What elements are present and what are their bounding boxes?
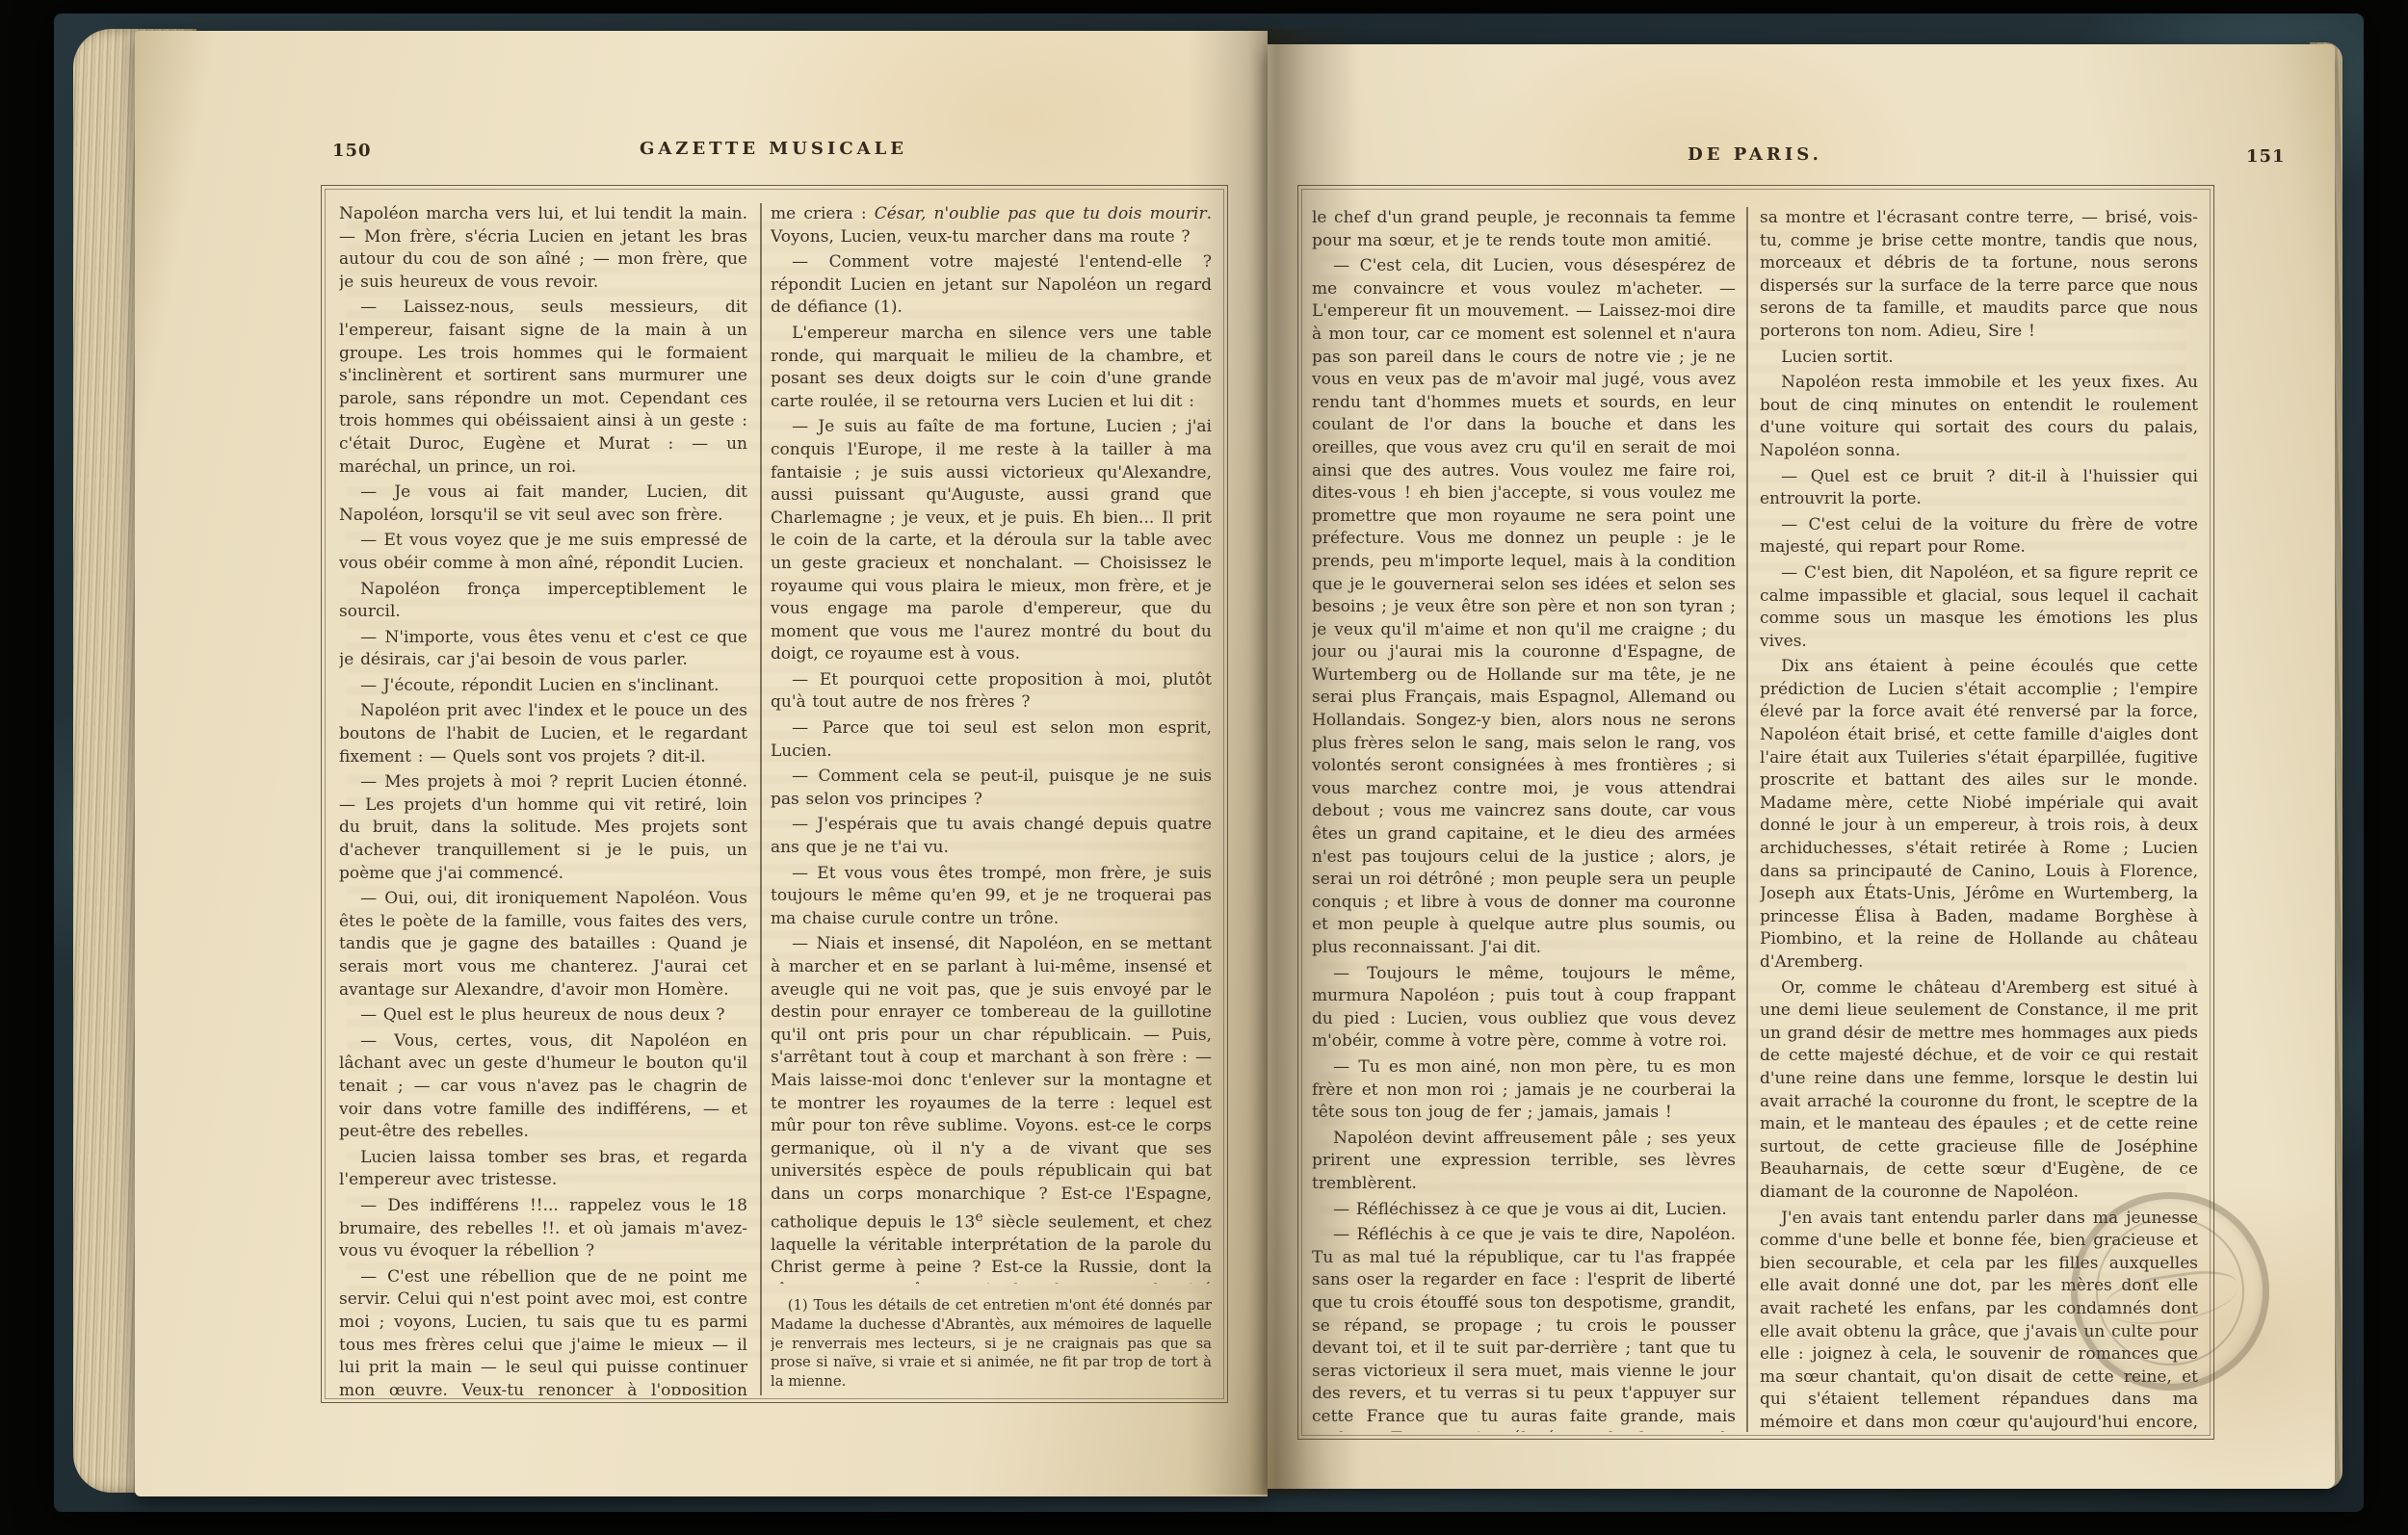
paragraph: Napoléon devint affreusement pâle ; ses … <box>1312 1128 1736 1196</box>
paragraph: — Réfléchissez à ce que je vous ai dit, … <box>1312 1199 1736 1222</box>
paragraph: — C'est cela, dit Lucien, vous désespére… <box>1312 255 1736 959</box>
column-divider-left <box>760 203 762 1395</box>
paragraph: — Je suis au faîte de ma fortune, Lucien… <box>771 416 1212 666</box>
paragraph: — Et vous vous êtes trompé, mon frère, j… <box>771 863 1212 931</box>
paragraph: J'en avais tant entendu parler dans ma j… <box>1760 1208 2198 1432</box>
paragraph: — Comment cela se peut-il, puisque je ne… <box>771 766 1212 811</box>
paragraph: — Quel est ce bruit ? dit-il à l'huissie… <box>1760 466 2198 511</box>
paragraph: — C'est bien, dit Napoléon, et sa figure… <box>1760 562 2198 653</box>
running-title-right: DE PARIS. <box>1297 144 2212 165</box>
paragraph: Napoléon prit avec l'index et le pouce u… <box>339 700 747 768</box>
paragraph: — Laissez-nous, seuls messieurs, dit l'e… <box>339 297 747 479</box>
paragraph: — Je vous ai fait mander, Lucien, dit Na… <box>339 481 747 527</box>
column-left-2: me criera : César, n'oublie pas que tu d… <box>771 203 1212 1284</box>
paragraph: — Parce que toi seul est selon mon espri… <box>771 717 1212 763</box>
paragraph: — C'est une rébellion que de ne point me… <box>339 1266 747 1395</box>
column-divider-right <box>1746 207 1748 1432</box>
paragraph: Napoléon marcha vers lui, et lui tendit … <box>339 203 747 294</box>
paragraph: — Tu es mon ainé, non mon père, tu es mo… <box>1312 1056 1736 1125</box>
footnote: (1) Tous les détails de cet entretien m'… <box>771 1296 1212 1392</box>
paragraph: me criera : César, n'oublie pas que tu d… <box>771 203 1212 248</box>
book-scan-scene: 150 GAZETTE MUSICALE Napoléon marcha ver… <box>0 0 2408 1535</box>
paragraph: Lucien sortit. <box>1760 347 2198 370</box>
column-left-1: Napoléon marcha vers lui, et lui tendit … <box>339 203 747 1395</box>
paragraph: Or, comme le château d'Aremberg est situ… <box>1760 977 2198 1205</box>
page-number-right: 151 <box>2246 146 2286 167</box>
paragraph: Napoléon fronça imperceptiblement le sou… <box>339 579 747 624</box>
paragraph: Lucien laissa tomber ses bras, et regard… <box>339 1147 747 1192</box>
paragraph: — Niais et insensé, dit Napoléon, en se … <box>771 933 1212 1284</box>
column-right-1: le chef d'un grand peuple, je reconnais … <box>1312 207 1736 1432</box>
paragraph: — Des indifférens !!... rappelez vous le… <box>339 1195 747 1263</box>
paragraph: — Oui, oui, dit ironiquement Napoléon. V… <box>339 888 747 1002</box>
paragraph: — Toujours le même, toujours le même, mu… <box>1312 963 1736 1054</box>
paragraph: sa montre et l'écrasant contre terre, — … <box>1760 207 2198 344</box>
paragraph: — J'espérais que tu avais changé depuis … <box>771 814 1212 859</box>
paragraph: — Mes projets à moi ? reprit Lucien éton… <box>339 771 747 885</box>
paragraph: L'empereur marcha en silence vers une ta… <box>771 323 1212 413</box>
paragraph: — J'écoute, répondit Lucien en s'inclina… <box>339 675 747 698</box>
paragraph: — Vous, certes, vous, dit Napoléon en lâ… <box>339 1030 747 1144</box>
paragraph: — Comment votre majesté l'entend-elle ? … <box>771 251 1212 320</box>
paragraph: Napoléon resta immobile et les yeux fixe… <box>1760 372 2198 462</box>
paragraph: — Réfléchis à ce que je vais te dire, Na… <box>1312 1224 1736 1432</box>
paragraph: — N'importe, vous êtes venu et c'est ce … <box>339 627 747 672</box>
running-title-left: GAZETTE MUSICALE <box>321 139 1226 159</box>
paragraph: — Et pourquoi cette proposition à moi, p… <box>771 669 1212 715</box>
paragraph: — C'est celui de la voiture du frère de … <box>1760 514 2198 559</box>
paragraph: (1) Tous les détails de cet entretien m'… <box>771 1296 1212 1392</box>
paragraph: Dix ans étaient à peine écoulés que cett… <box>1760 656 2198 974</box>
paragraph: — Quel est le plus heureux de nous deux … <box>339 1004 747 1028</box>
paragraph: — Et vous voyez que je me suis empressé … <box>339 530 747 575</box>
paragraph: le chef d'un grand peuple, je reconnais … <box>1312 207 1736 252</box>
column-right-2: sa montre et l'écrasant contre terre, — … <box>1760 207 2198 1432</box>
